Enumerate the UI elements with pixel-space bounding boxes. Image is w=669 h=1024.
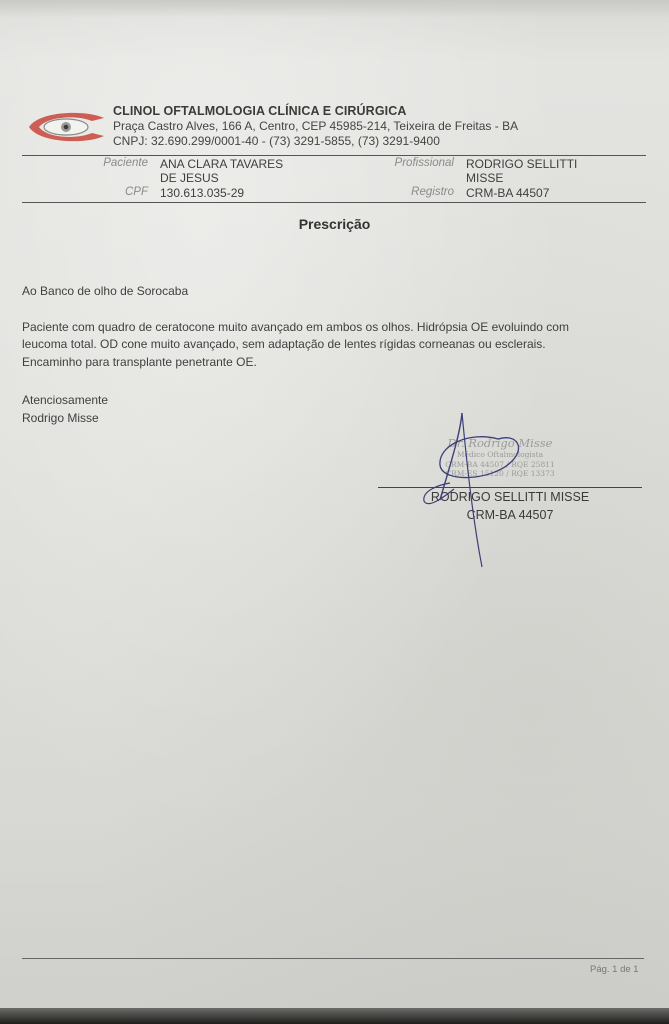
page-number: Pág. 1 de 1	[590, 964, 639, 975]
registry-label: Registro	[350, 186, 454, 198]
closing-text: Atenciosamente	[22, 392, 108, 409]
info-divider	[22, 202, 646, 203]
eye-logo-icon	[26, 112, 106, 142]
prescription-document: CLINOL OFTALMOLOGIA CLÍNICA E CIRÚRGICA …	[0, 0, 669, 1010]
cpf-label: CPF	[60, 186, 148, 198]
professional-registry: CRM-BA 44507	[466, 186, 549, 200]
body-line-2: leucoma total. OD cone muito avançado, s…	[22, 336, 546, 353]
patient-name-line1: ANA CLARA TAVARES	[160, 157, 283, 171]
clinic-name: CLINOL OFTALMOLOGIA CLÍNICA E CIRÚRGICA	[113, 104, 406, 118]
patient-cpf: 130.613.035-29	[160, 186, 244, 200]
patient-name-line2: DE JESUS	[160, 171, 219, 185]
document-title: Prescrição	[0, 216, 669, 232]
body-line-1: Paciente com quadro de ceratocone muito …	[22, 319, 569, 336]
clinic-contact: CNPJ: 32.690.299/0001-40 - (73) 3291-585…	[113, 134, 440, 148]
body-line-3: Encaminho para transplante penetrante OE…	[22, 354, 257, 371]
recipient-line: Ao Banco de olho de Sorocaba	[22, 283, 188, 300]
patient-label: Paciente	[60, 157, 148, 169]
professional-label: Profissional	[350, 157, 454, 169]
professional-name-line1: RODRIGO SELLITTI	[466, 157, 577, 171]
professional-name-line2: MISSE	[466, 171, 503, 185]
closing-name: Rodrigo Misse	[22, 410, 99, 427]
handwritten-signature-icon	[410, 405, 580, 575]
paper-edge-shadow	[0, 0, 669, 18]
clinic-address: Praça Castro Alves, 166 A, Centro, CEP 4…	[113, 119, 518, 133]
background-surface	[0, 1008, 669, 1024]
footer-divider	[22, 958, 644, 959]
header-divider	[22, 155, 646, 156]
